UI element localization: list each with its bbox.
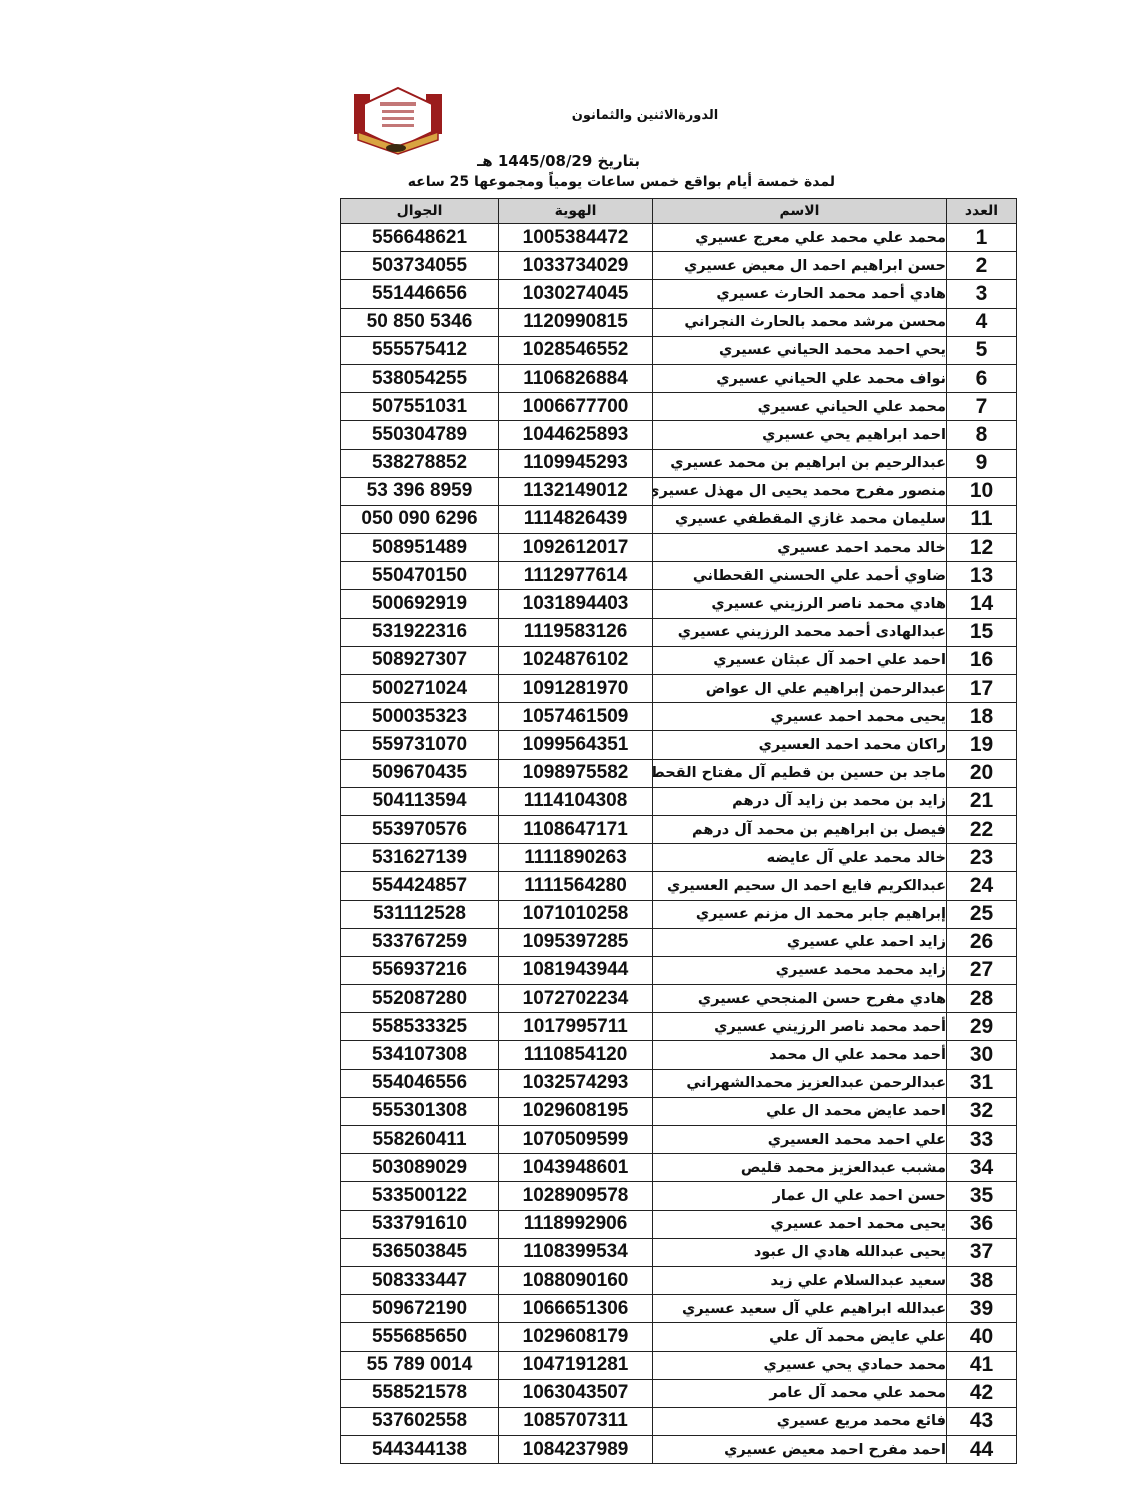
row-number: 37: [947, 1238, 1017, 1266]
row-number: 9: [947, 449, 1017, 477]
table-row: 43فائع محمد مريع عسيري108570731153760255…: [341, 1407, 1017, 1435]
table-row: 24عبدالكريم فايع احمد ال سحيم العسيري111…: [341, 872, 1017, 900]
mobile-number: 556937216: [341, 956, 499, 984]
column-header-id: الهوية: [499, 199, 653, 224]
national-id: 1106826884: [499, 364, 653, 392]
mobile-number: 531112528: [341, 900, 499, 928]
participant-name: هادي محمد ناصر الرزيني عسيري: [653, 590, 947, 618]
mobile-number: 503734055: [341, 252, 499, 280]
mobile-number: 500035323: [341, 703, 499, 731]
participant-name: محمد علي الحياني عسيري: [653, 393, 947, 421]
table-row: 29أحمد محمد ناصر الرزيني عسيري1017995711…: [341, 1013, 1017, 1041]
mobile-number: 50 850 5346: [341, 308, 499, 336]
national-id: 1085707311: [499, 1407, 653, 1435]
participant-name: علي احمد محمد العسيري: [653, 1126, 947, 1154]
national-id: 1108399534: [499, 1238, 653, 1266]
mobile-number: 500692919: [341, 590, 499, 618]
table-row: 30أحمد محمد علي ال محمد11108541205341073…: [341, 1041, 1017, 1069]
national-id: 1063043507: [499, 1379, 653, 1407]
participant-name: محمد حمادي يحي عسيري: [653, 1351, 947, 1379]
table-row: 36يحيى محمد احمد عسيري111899290653379161…: [341, 1210, 1017, 1238]
mobile-number: 558521578: [341, 1379, 499, 1407]
row-number: 27: [947, 956, 1017, 984]
participant-name: عبدالهادى أحمد محمد الرزيني عسيري: [653, 618, 947, 646]
table-row: 27زايد محمد محمد عسيري108194394455693721…: [341, 956, 1017, 984]
national-id: 1132149012: [499, 477, 653, 505]
national-id: 1057461509: [499, 703, 653, 731]
mobile-number: 531627139: [341, 844, 499, 872]
column-header-number: العدد: [947, 199, 1017, 224]
row-number: 26: [947, 928, 1017, 956]
mobile-number: 554424857: [341, 872, 499, 900]
national-id: 1072702234: [499, 985, 653, 1013]
row-number: 13: [947, 562, 1017, 590]
table-row: 16احمد علي احمد آل عبثان عسيري1024876102…: [341, 646, 1017, 674]
row-number: 22: [947, 815, 1017, 843]
mobile-number: 556648621: [341, 224, 499, 252]
row-number: 1: [947, 224, 1017, 252]
row-number: 36: [947, 1210, 1017, 1238]
participant-name: زايد احمد علي عسيري: [653, 928, 947, 956]
row-number: 6: [947, 364, 1017, 392]
table-row: 8احمد ابراهيم يحي عسيري10446258935503047…: [341, 421, 1017, 449]
participant-name: فائع محمد مريع عسيري: [653, 1407, 947, 1435]
row-number: 41: [947, 1351, 1017, 1379]
mobile-number: 533791610: [341, 1210, 499, 1238]
participant-name: خالد محمد علي آل عايضه: [653, 844, 947, 872]
row-number: 31: [947, 1069, 1017, 1097]
row-number: 14: [947, 590, 1017, 618]
row-number: 4: [947, 308, 1017, 336]
table-row: 34مشبب عبدالعزيز محمد قليص10439486015030…: [341, 1154, 1017, 1182]
national-id: 1032574293: [499, 1069, 653, 1097]
mobile-number: 544344138: [341, 1436, 499, 1464]
participant-name: علي عايض محمد آل علي: [653, 1323, 947, 1351]
mobile-number: 555685650: [341, 1323, 499, 1351]
row-number: 28: [947, 985, 1017, 1013]
date-line: بتاريخ 1445/08/29 هـ: [540, 152, 640, 170]
mobile-number: 536503845: [341, 1238, 499, 1266]
mobile-number: 553970576: [341, 815, 499, 843]
table-row: 20ماجد بن حسين بن قطيم آل مفتاح القحطاني…: [341, 759, 1017, 787]
row-number: 42: [947, 1379, 1017, 1407]
table-row: 35حسن احمد علي ال عمار102890957853350012…: [341, 1182, 1017, 1210]
row-number: 35: [947, 1182, 1017, 1210]
mobile-number: 53 396 8959: [341, 477, 499, 505]
participant-name: محمد علي محمد آل عامر: [653, 1379, 947, 1407]
row-number: 20: [947, 759, 1017, 787]
mobile-number: 508951489: [341, 534, 499, 562]
mobile-number: 533500122: [341, 1182, 499, 1210]
row-number: 2: [947, 252, 1017, 280]
participant-name: حسن احمد علي ال عمار: [653, 1182, 947, 1210]
column-header-name: الاسم: [653, 199, 947, 224]
participant-name: هادي أحمد محمد الحارث عسيري: [653, 280, 947, 308]
row-number: 33: [947, 1126, 1017, 1154]
national-id: 1119583126: [499, 618, 653, 646]
mobile-number: 551446656: [341, 280, 499, 308]
national-id: 1108647171: [499, 815, 653, 843]
national-id: 1084237989: [499, 1436, 653, 1464]
national-id: 1091281970: [499, 675, 653, 703]
table-row: 7محمد علي الحياني عسيري10066777005075510…: [341, 393, 1017, 421]
table-row: 40علي عايض محمد آل علي102960817955568565…: [341, 1323, 1017, 1351]
national-id: 1099564351: [499, 731, 653, 759]
mobile-number: 533767259: [341, 928, 499, 956]
national-id: 1047191281: [499, 1351, 653, 1379]
participant-name: سليمان محمد غازي المقطفي عسيري: [653, 505, 947, 533]
table-row: 22فيصل بن ابراهيم بن محمد آل درهم1108647…: [341, 815, 1017, 843]
national-id: 1111890263: [499, 844, 653, 872]
participant-name: فيصل بن ابراهيم بن محمد آل درهم: [653, 815, 947, 843]
row-number: 12: [947, 534, 1017, 562]
national-id: 1111564280: [499, 872, 653, 900]
mobile-number: 558533325: [341, 1013, 499, 1041]
table-row: 5يحي احمد محمد الحياني عسيري102854655255…: [341, 336, 1017, 364]
national-id: 1028546552: [499, 336, 653, 364]
participants-table: العدد الاسم الهوية الجوال 1محمد علي محمد…: [340, 198, 1017, 1464]
participant-name: يحيى محمد احمد عسيري: [653, 703, 947, 731]
table-row: 31عبدالرحمن عبدالعزيز محمدالشهراني103257…: [341, 1069, 1017, 1097]
row-number: 24: [947, 872, 1017, 900]
national-id: 1029608179: [499, 1323, 653, 1351]
national-id: 1031894403: [499, 590, 653, 618]
national-id: 1028909578: [499, 1182, 653, 1210]
row-number: 29: [947, 1013, 1017, 1041]
row-number: 11: [947, 505, 1017, 533]
table-row: 38سعيد عبدالسلام علي زيد1088090160508333…: [341, 1266, 1017, 1294]
participant-name: يحيى عبدالله هادي ال عبود: [653, 1238, 947, 1266]
mobile-number: 558260411: [341, 1126, 499, 1154]
course-title: الدورةالاثنين والثمانون: [560, 108, 730, 123]
row-number: 43: [947, 1407, 1017, 1435]
national-id: 1098975582: [499, 759, 653, 787]
row-number: 16: [947, 646, 1017, 674]
mobile-number: 500271024: [341, 675, 499, 703]
participant-name: زايد بن محمد بن زايد آل درهم: [653, 787, 947, 815]
mobile-number: 555575412: [341, 336, 499, 364]
table-row: 39عبدالله ابراهيم علي آل سعيد عسيري10666…: [341, 1295, 1017, 1323]
national-id: 1024876102: [499, 646, 653, 674]
national-id: 1118992906: [499, 1210, 653, 1238]
association-logo-bee-icon: [352, 86, 444, 158]
row-number: 17: [947, 675, 1017, 703]
national-id: 1112977614: [499, 562, 653, 590]
participant-name: محسن مرشد محمد بالحارث النجراني: [653, 308, 947, 336]
participant-name: نواف محمد علي الحياني عسيري: [653, 364, 947, 392]
national-id: 1081943944: [499, 956, 653, 984]
national-id: 1120990815: [499, 308, 653, 336]
table-row: 37يحيى عبدالله هادي ال عبود1108399534536…: [341, 1238, 1017, 1266]
national-id: 1006677700: [499, 393, 653, 421]
mobile-number: 538054255: [341, 364, 499, 392]
row-number: 23: [947, 844, 1017, 872]
national-id: 1043948601: [499, 1154, 653, 1182]
row-number: 39: [947, 1295, 1017, 1323]
table-row: 41محمد حمادي يحي عسيري104719128155 789 0…: [341, 1351, 1017, 1379]
mobile-number: 534107308: [341, 1041, 499, 1069]
duration-line: لمدة خمسة أيام بواقع خمس ساعات يومياً وم…: [445, 174, 835, 190]
row-number: 44: [947, 1436, 1017, 1464]
mobile-number: 537602558: [341, 1407, 499, 1435]
mobile-number: 508927307: [341, 646, 499, 674]
national-id: 1005384472: [499, 224, 653, 252]
mobile-number: 531922316: [341, 618, 499, 646]
table-row: 1محمد علي محمد علي معرج عسيري10053844725…: [341, 224, 1017, 252]
row-number: 25: [947, 900, 1017, 928]
participant-name: احمد ابراهيم يحي عسيري: [653, 421, 947, 449]
table-row: 17عبدالرحمن إبراهيم علي ال عواض109128197…: [341, 675, 1017, 703]
participant-name: عبدالكريم فايع احمد ال سحيم العسيري: [653, 872, 947, 900]
national-id: 1071010258: [499, 900, 653, 928]
participant-name: عبدالرحمن عبدالعزيز محمدالشهراني: [653, 1069, 947, 1097]
table-row: 25إبراهيم جابر محمد ال مزنم عسيري1071010…: [341, 900, 1017, 928]
row-number: 8: [947, 421, 1017, 449]
participant-name: ماجد بن حسين بن قطيم آل مفتاح القحطاني: [653, 759, 947, 787]
table-row: 42محمد علي محمد آل عامر10630435075585215…: [341, 1379, 1017, 1407]
participant-name: سعيد عبدالسلام علي زيد: [653, 1266, 947, 1294]
mobile-number: 507551031: [341, 393, 499, 421]
mobile-number: 550470150: [341, 562, 499, 590]
mobile-number: 559731070: [341, 731, 499, 759]
table-row: 12خالد محمد احمد عسيري109261201750895148…: [341, 534, 1017, 562]
participant-name: عبدالله ابراهيم علي آل سعيد عسيري: [653, 1295, 947, 1323]
participant-name: زايد محمد محمد عسيري: [653, 956, 947, 984]
row-number: 5: [947, 336, 1017, 364]
table-row: 23خالد محمد علي آل عايضه1111890263531627…: [341, 844, 1017, 872]
participant-name: عبدالرحيم بن ابراهيم بن محمد عسيري: [653, 449, 947, 477]
table-row: 2حسن ابراهيم احمد ال معيض عسيري103373402…: [341, 252, 1017, 280]
national-id: 1114826439: [499, 505, 653, 533]
table-row: 10منصور مفرح محمد يحيى ال مهذل عسيري1132…: [341, 477, 1017, 505]
table-row: 18يحيى محمد احمد عسيري105746150950003532…: [341, 703, 1017, 731]
row-number: 38: [947, 1266, 1017, 1294]
row-number: 40: [947, 1323, 1017, 1351]
national-id: 1092612017: [499, 534, 653, 562]
participant-name: محمد علي محمد علي معرج عسيري: [653, 224, 947, 252]
national-id: 1029608195: [499, 1097, 653, 1125]
table-row: 19راكان محمد احمد العسيري109956435155973…: [341, 731, 1017, 759]
table-row: 28هادي مفرح حسن المنجحي عسيري10727022345…: [341, 985, 1017, 1013]
table-row: 26زايد احمد علي عسيري1095397285533767259: [341, 928, 1017, 956]
participant-name: هادي مفرح حسن المنجحي عسيري: [653, 985, 947, 1013]
row-number: 34: [947, 1154, 1017, 1182]
participant-name: احمد مفرح احمد معيض عسيري: [653, 1436, 947, 1464]
table-row: 3هادي أحمد محمد الحارث عسيري103027404555…: [341, 280, 1017, 308]
table-row: 15عبدالهادى أحمد محمد الرزيني عسيري11195…: [341, 618, 1017, 646]
table-row: 14هادي محمد ناصر الرزيني عسيري1031894403…: [341, 590, 1017, 618]
participant-name: راكان محمد احمد العسيري: [653, 731, 947, 759]
participant-name: خالد محمد احمد عسيري: [653, 534, 947, 562]
participant-name: أحمد محمد ناصر الرزيني عسيري: [653, 1013, 947, 1041]
table-row: 32احمد عايض محمد ال علي10296081955553013…: [341, 1097, 1017, 1125]
mobile-number: 554046556: [341, 1069, 499, 1097]
national-id: 1088090160: [499, 1266, 653, 1294]
participant-name: منصور مفرح محمد يحيى ال مهذل عسيري: [653, 477, 947, 505]
table-row: 44احمد مفرح احمد معيض عسيري1084237989544…: [341, 1436, 1017, 1464]
mobile-number: 552087280: [341, 985, 499, 1013]
table-row: 6نواف محمد علي الحياني عسيري110682688453…: [341, 364, 1017, 392]
national-id: 1033734029: [499, 252, 653, 280]
mobile-number: 555301308: [341, 1097, 499, 1125]
table-row: 13ضاوي أحمد علي الحسني القحطاني111297761…: [341, 562, 1017, 590]
table-row: 33علي احمد محمد العسيري10705095995582604…: [341, 1126, 1017, 1154]
participant-name: عبدالرحمن إبراهيم علي ال عواض: [653, 675, 947, 703]
national-id: 1030274045: [499, 280, 653, 308]
participant-name: احمد عايض محمد ال علي: [653, 1097, 947, 1125]
row-number: 3: [947, 280, 1017, 308]
mobile-number: 504113594: [341, 787, 499, 815]
participant-name: إبراهيم جابر محمد ال مزنم عسيري: [653, 900, 947, 928]
participant-name: احمد علي احمد آل عبثان عسيري: [653, 646, 947, 674]
mobile-number: 050 090 6296: [341, 505, 499, 533]
national-id: 1066651306: [499, 1295, 653, 1323]
column-header-phone: الجوال: [341, 199, 499, 224]
participant-name: يحي احمد محمد الحياني عسيري: [653, 336, 947, 364]
row-number: 19: [947, 731, 1017, 759]
national-id: 1044625893: [499, 421, 653, 449]
table-row: 9عبدالرحيم بن ابراهيم بن محمد عسيري11099…: [341, 449, 1017, 477]
national-id: 1070509599: [499, 1126, 653, 1154]
mobile-number: 55 789 0014: [341, 1351, 499, 1379]
table-row: 21زايد بن محمد بن زايد آل درهم1114104308…: [341, 787, 1017, 815]
row-number: 30: [947, 1041, 1017, 1069]
table-row: 4محسن مرشد محمد بالحارث النجراني11209908…: [341, 308, 1017, 336]
mobile-number: 550304789: [341, 421, 499, 449]
table-header-row: العدد الاسم الهوية الجوال: [341, 199, 1017, 224]
mobile-number: 503089029: [341, 1154, 499, 1182]
row-number: 18: [947, 703, 1017, 731]
table-row: 11سليمان محمد غازي المقطفي عسيري11148264…: [341, 505, 1017, 533]
mobile-number: 509672190: [341, 1295, 499, 1323]
row-number: 21: [947, 787, 1017, 815]
national-id: 1110854120: [499, 1041, 653, 1069]
row-number: 10: [947, 477, 1017, 505]
row-number: 32: [947, 1097, 1017, 1125]
mobile-number: 509670435: [341, 759, 499, 787]
mobile-number: 538278852: [341, 449, 499, 477]
national-id: 1017995711: [499, 1013, 653, 1041]
participant-name: مشبب عبدالعزيز محمد قليص: [653, 1154, 947, 1182]
participant-name: يحيى محمد احمد عسيري: [653, 1210, 947, 1238]
row-number: 7: [947, 393, 1017, 421]
national-id: 1109945293: [499, 449, 653, 477]
national-id: 1095397285: [499, 928, 653, 956]
participant-name: ضاوي أحمد علي الحسني القحطاني: [653, 562, 947, 590]
mobile-number: 508333447: [341, 1266, 499, 1294]
participant-name: حسن ابراهيم احمد ال معيض عسيري: [653, 252, 947, 280]
national-id: 1114104308: [499, 787, 653, 815]
row-number: 15: [947, 618, 1017, 646]
participant-name: أحمد محمد علي ال محمد: [653, 1041, 947, 1069]
